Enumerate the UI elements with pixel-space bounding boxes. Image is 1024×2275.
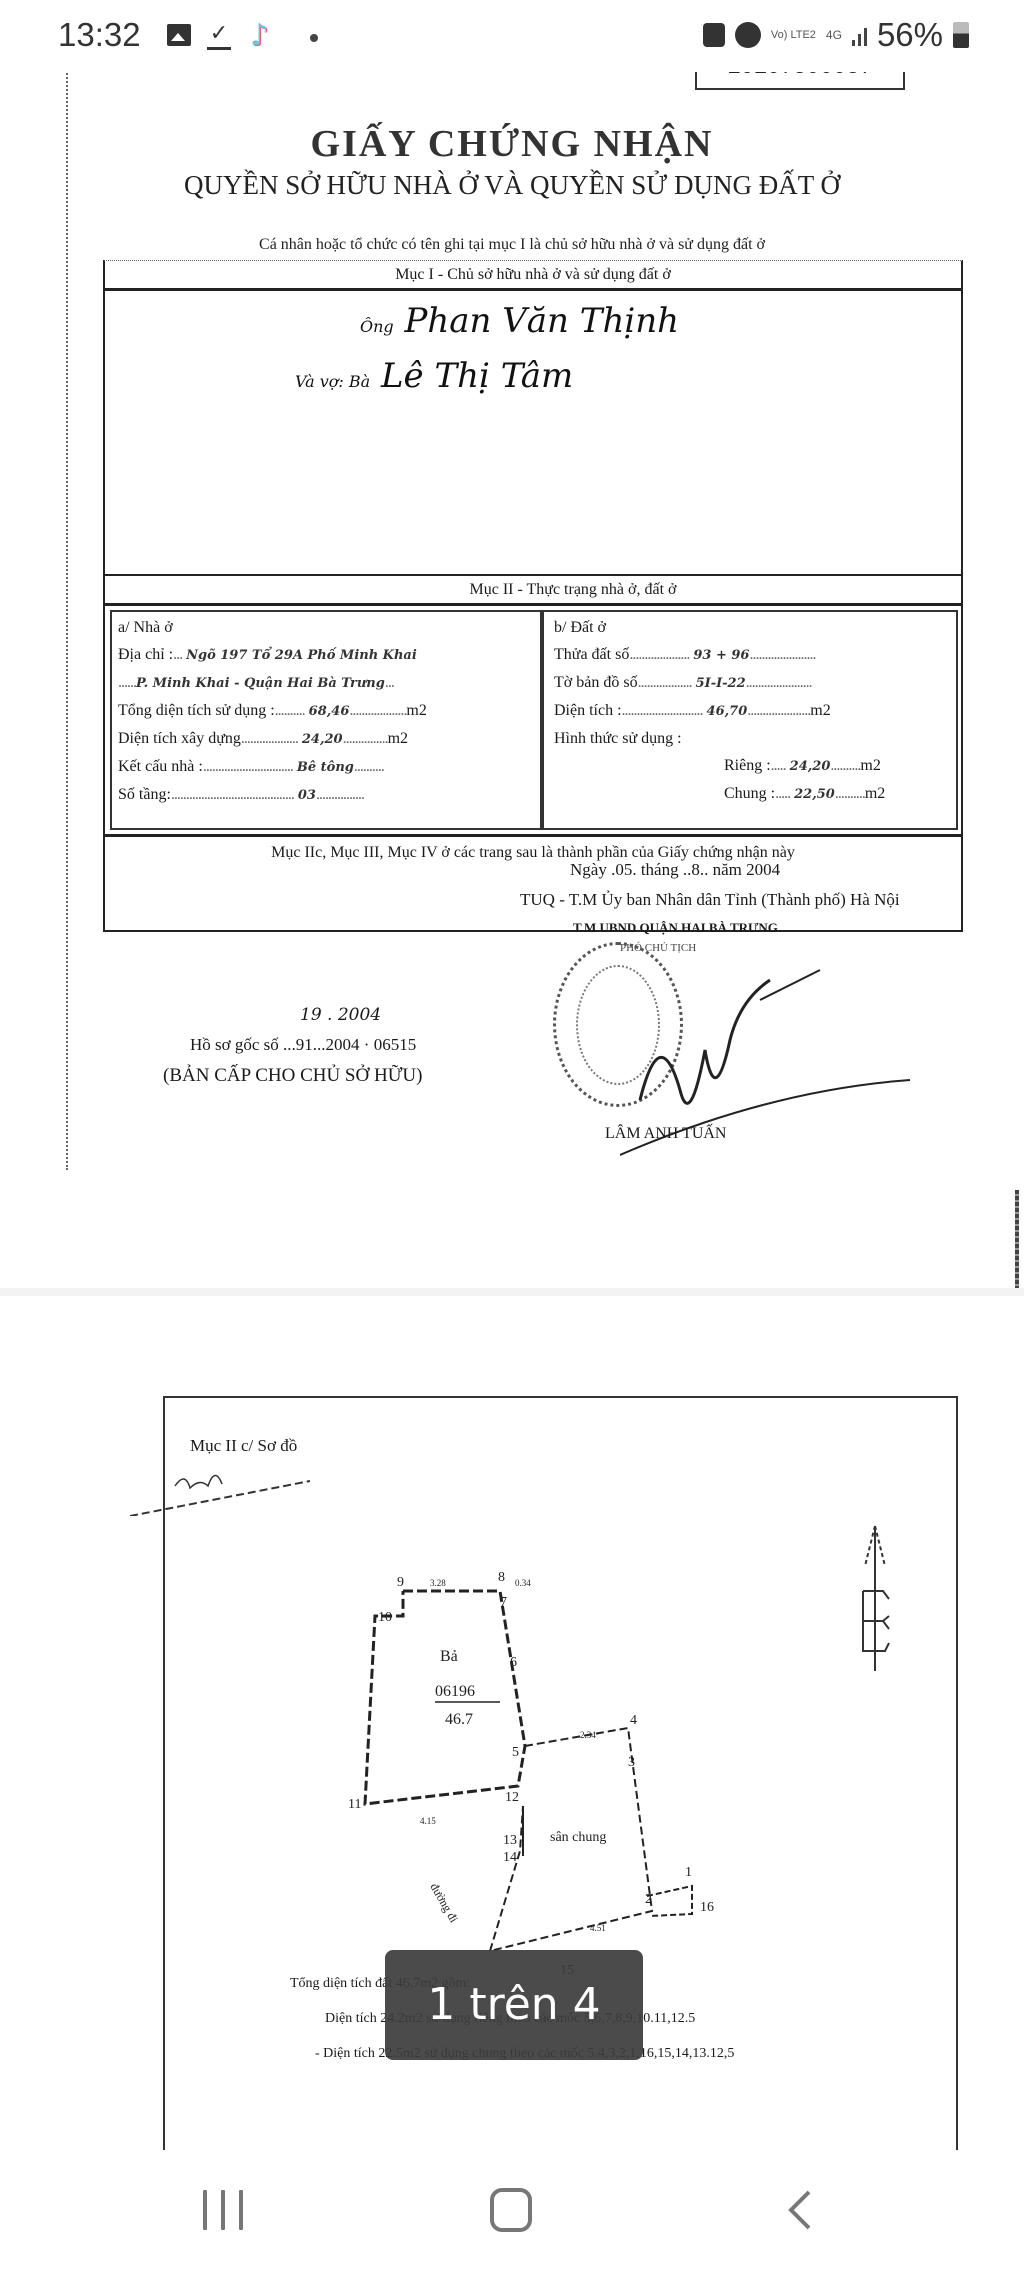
house-address-line-1: Ngõ 197 Tổ 29A Phố Minh Khai: [186, 648, 417, 663]
road-label: đường đi: [427, 1881, 461, 1926]
vertex-8: 8: [498, 1570, 505, 1585]
common-yard-label: sân chung: [550, 1830, 606, 1845]
navigation-bar: [0, 2150, 1024, 2275]
svg-text:14: 14: [503, 1850, 517, 1865]
svg-text:1: 1: [685, 1865, 692, 1880]
svg-text:3.28: 3.28: [430, 1578, 446, 1588]
owner-2-name: Lê Thị Tâm: [381, 356, 573, 396]
section-2-footer: Mục IIc, Mục III, Mục IV ở các trang sau…: [105, 834, 961, 868]
structure-row: Kết cấu nhà :...........................…: [118, 753, 534, 781]
svg-text:4: 4: [630, 1713, 637, 1728]
download-done-icon: ✓: [207, 24, 231, 50]
land-details: b/ Đất ở Thửa đất số....................…: [542, 610, 958, 830]
dossier-number: Hồ sơ gốc số ...91...2004 · 06515: [190, 1035, 416, 1055]
private-area-row: Riêng :..... 24,20..........m2: [554, 752, 946, 780]
structure: Bê tông: [297, 760, 354, 775]
land-area-row: Diện tích :........................... 4…: [554, 697, 946, 725]
section-1-heading: Mục I - Chủ sở hữu nhà ở và sử dụng đất …: [105, 261, 961, 291]
battery-icon: [953, 22, 969, 48]
svg-text:4.51: 4.51: [590, 1923, 606, 1933]
house-details: a/ Nhà ở Địa chỉ :... Ngõ 197 Tổ 29A Phố…: [110, 610, 542, 830]
volte-lte2-icon: Vo) LTE2: [771, 30, 816, 41]
section-2-heading: Mục II - Thực trạng nhà ở, đất ở: [105, 576, 961, 606]
owner-1: Ông Phan Văn Thịnh: [360, 301, 679, 341]
owner-1-name: Phan Văn Thịnh: [404, 301, 679, 341]
plot-number: 93 + 96: [693, 648, 749, 663]
gallery-icon: [167, 24, 191, 46]
parcel-area: 46.7: [445, 1711, 473, 1728]
svg-text:12: 12: [505, 1790, 519, 1805]
plot-row: Thửa đất số.................... 93 + 96.…: [554, 641, 946, 669]
map-sheet: 5I-I-22: [696, 676, 746, 691]
svg-text:11: 11: [348, 1797, 361, 1812]
land-area: 46,70: [707, 704, 748, 719]
owner-2: Và vợ: Bà Lê Thị Tâm: [295, 356, 573, 396]
svg-text:5: 5: [512, 1745, 519, 1760]
svg-text:3: 3: [628, 1755, 635, 1770]
section-2-property: Mục II - Thực trạng nhà ở, đất ở a/ Nhà …: [103, 576, 963, 932]
owner-1-prefix: Ông: [360, 317, 394, 336]
page-2-heading: Mục II c/ Sơ đồ: [190, 1436, 297, 1456]
owner-2-prefix: Và vợ: Bà: [295, 372, 370, 391]
handwritten-mark: [130, 1456, 310, 1516]
built-area: 24,20: [302, 732, 343, 747]
document-page-1[interactable]: 10107590087 GIẤY CHỨNG NHẬN QUYỀN SỞ HỮU…: [0, 60, 1024, 1288]
usage-row: Hình thức sử dụng :: [554, 725, 946, 752]
built-area-row: Diện tích xây dựng................... 24…: [118, 725, 534, 753]
house-address-row-2: ......P. Minh Khai - Quận Hai Bà Trưng..…: [118, 669, 534, 697]
alarm-icon: [735, 22, 761, 48]
svg-text:6: 6: [510, 1655, 517, 1670]
home-button[interactable]: [490, 2188, 532, 2232]
total-floor-area-row: Tổng diện tích sử dụng :.......... 68,46…: [118, 697, 534, 725]
section-1-owners: Mục I - Chủ sở hữu nhà ở và sử dụng đất …: [103, 260, 963, 576]
scan-edge-right: [1015, 1190, 1019, 1300]
parcel-code: 06196: [435, 1683, 475, 1700]
land-label: b/ Đất ở: [554, 614, 946, 641]
4g-data-icon: 4G: [826, 29, 842, 41]
certificate-intro: Cá nhân hoặc tổ chức có tên ghi tại mục …: [0, 236, 1024, 254]
map-sheet-row: Tờ bản đồ số.................. 5I-I-22..…: [554, 669, 946, 697]
svg-text:7: 7: [500, 1595, 507, 1610]
scan-edge: [66, 70, 68, 1170]
issuer-line-2: T.M UBND QUẬN HAI BÀ TRƯNG: [573, 920, 778, 936]
svg-text:13: 13: [503, 1833, 517, 1848]
house-address-row: Địa chỉ :... Ngõ 197 Tổ 29A Phố Minh Kha…: [118, 641, 534, 669]
common-area: 22,50: [794, 787, 835, 802]
vertex-9: 9: [397, 1575, 404, 1590]
parcel-label: Bả: [440, 1648, 458, 1665]
house-label: a/ Nhà ở: [118, 614, 534, 641]
recent-apps-button[interactable]: [203, 2190, 243, 2236]
floors-row: Số tầng:................................…: [118, 781, 534, 809]
private-area: 24,20: [790, 759, 831, 774]
signal-icon: [852, 24, 867, 46]
house-address-line-2: P. Minh Khai - Quận Hai Bà Trưng: [136, 676, 385, 691]
signer-name: LÂM ANH TUẤN: [605, 1125, 726, 1143]
battery-saver-icon: [703, 23, 725, 47]
svg-text:16: 16: [700, 1900, 714, 1915]
page-indicator: 1 trên 4: [385, 1950, 643, 2060]
notification-dot-icon: [310, 34, 318, 42]
common-area-row: Chung :..... 22,50..........m2: [554, 780, 946, 808]
total-floor-area: 68,46: [309, 704, 350, 719]
north-arrow-icon: [855, 1521, 895, 1671]
recent-apps-icon: [203, 2190, 207, 2230]
status-time: 13:32: [58, 16, 141, 54]
svg-text:4.15: 4.15: [420, 1816, 436, 1826]
dossier-date: 19 . 2004: [300, 1005, 381, 1025]
status-bar: 13:32 ✓ ♪ Vo) LTE2 4G 56%: [0, 0, 1024, 72]
issuer-line-1: TUQ - T.M Ủy ban Nhân dân Tỉnh (Thành ph…: [520, 890, 900, 910]
land-plot-sketch: 9 8 7 10 6 5 4 3 2 1 11 12 13 14 15 16 3…: [340, 1556, 740, 1976]
floors: 03: [298, 788, 316, 803]
svg-text:0.34: 0.34: [515, 1578, 531, 1588]
back-button[interactable]: [785, 2190, 815, 2230]
battery-percent: 56%: [877, 16, 943, 54]
status-right: Vo) LTE2 4G 56%: [703, 16, 969, 54]
page-separator: [0, 1288, 1024, 1296]
certificate-subtitle: QUYỀN SỞ HỮU NHÀ Ở VÀ QUYỀN SỬ DỤNG ĐẤT …: [0, 170, 1024, 201]
certificate-title: GIẤY CHỨNG NHẬN: [0, 122, 1024, 166]
copy-note: (BẢN CẤP CHO CHỦ SỞ HỮU): [163, 1065, 422, 1087]
tiktok-icon: ♪: [250, 18, 269, 53]
svg-text:2.34: 2.34: [580, 1730, 596, 1740]
svg-text:2: 2: [645, 1892, 652, 1907]
issue-date: Ngày .05. tháng ..8.. năm 2004: [570, 860, 780, 880]
svg-text:10: 10: [378, 1610, 392, 1625]
